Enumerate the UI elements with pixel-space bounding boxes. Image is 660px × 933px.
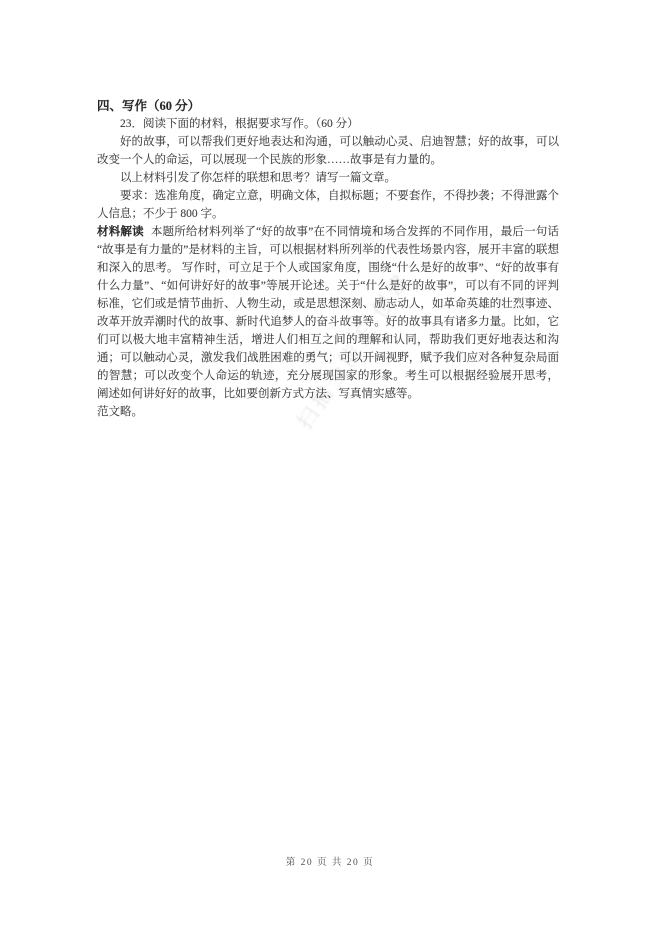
requirements-line: 要求：选准角度，确定立意，明确文体，自拟标题；不要套作，不得抄袭；不得泄露个人信… bbox=[97, 187, 559, 223]
prompt-line: 以上材料引发了你怎样的联想和思考？请写一篇文章。 bbox=[97, 169, 559, 187]
section-heading: 四、写作（60 分） bbox=[97, 97, 559, 115]
question-number-line: 23．阅读下面的材料，根据要求写作。（60 分） bbox=[97, 115, 559, 133]
analysis-label: 材料解读 bbox=[97, 226, 144, 238]
document-content: 四、写作（60 分） 23．阅读下面的材料，根据要求写作。（60 分） 好的故事… bbox=[97, 97, 559, 421]
material-paragraph: 好的故事，可以帮我们更好地表达和沟通，可以触动心灵、启迪智慧；好的故事，可以改变… bbox=[97, 133, 559, 169]
analysis-body: 本题所给材料列举了“好的故事”在不同情境和场合发挥的不同作用，最后一句话“故事是… bbox=[97, 226, 559, 400]
sample-essay-note: 范文略。 bbox=[97, 403, 559, 421]
page-footer: 第 20 页 共 20 页 bbox=[0, 856, 660, 870]
analysis-paragraph: 材料解读本题所给材料列举了“好的故事”在不同情境和场合发挥的不同作用，最后一句话… bbox=[97, 223, 559, 403]
document-page: 四、写作（60 分） 23．阅读下面的材料，根据要求写作。（60 分） 好的故事… bbox=[0, 0, 660, 933]
